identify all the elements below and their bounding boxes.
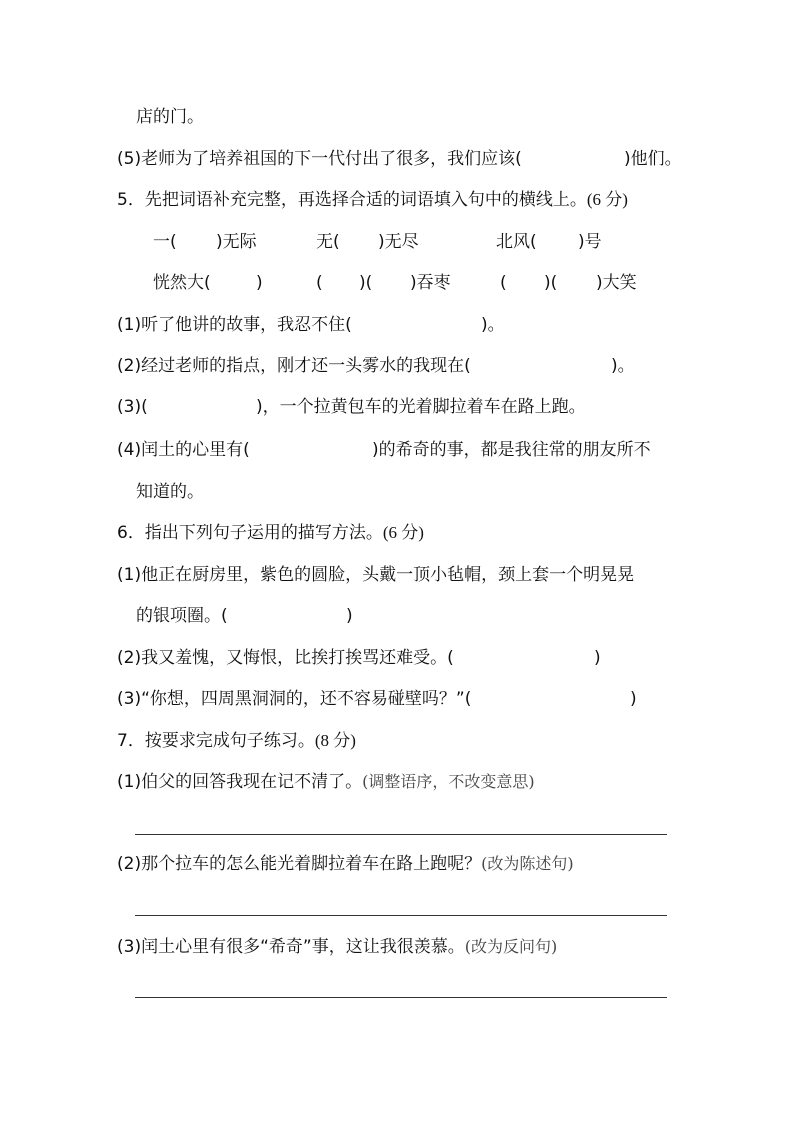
word-2-b: )无尽 [378,231,419,253]
q7-title-text: 7．按要求完成句子练习。 [117,731,315,751]
q6-item1-suffix: ) [346,605,353,627]
q4-item5-suffix: )他们。 [624,148,682,170]
q6-item2-prefix: (2)我又羞愧，又悔恨，比挨打挨骂还难受。( [117,647,454,669]
q5-item1-suffix: )。 [481,314,505,336]
q6-title: 6．指出下列句子运用的描写方法。(6 分) [117,522,424,544]
q6-score: (6 分) [383,523,424,542]
word-6-a: ( [500,272,507,294]
q7-item3-text: (3)闰土心里有很多“希奇”事，这让我很羡慕。 [117,937,465,957]
q7-item1-answer-line[interactable] [135,834,667,835]
q7-title: 7．按要求完成句子练习。(8 分) [117,730,356,752]
q6-item3-prefix: (3)“你想，四周黑洞洞的，还不容易碰壁吗？”( [117,688,471,710]
word-4-b: ) [256,272,263,294]
q7-item1: (1)伯父的回答我现在记不清了。(调整语序，不改变意思) [117,771,535,793]
q5-title-text: 5．先把词语补充完整，再选择合适的词语填入句中的横线上。 [117,190,587,210]
word-1-a: 一( [153,231,177,253]
q4-item5-blank[interactable] [555,148,623,170]
word-6-b: )大笑 [596,272,637,294]
word-2-a: 无( [316,231,340,253]
q6-item1-prefix: 的银项圈。( [136,605,228,627]
continuation-text: 店的门。 [136,106,204,128]
q5-score: (6 分) [587,190,628,209]
word-3-b: )号 [578,231,602,253]
q5-item2-prefix: (2)经过老师的指点，刚才还一头雾水的我现在( [117,355,471,377]
q5-item3-suffix: )，一个拉黄包车的光着脚拉着车在路上跑。 [256,396,586,418]
q5-item4-cont: 知道的。 [136,481,204,503]
word-4-a: 恍然大( [153,272,211,294]
word-5-a: ( [316,272,323,294]
q7-item3-answer-line[interactable] [135,997,667,998]
q5-item2-suffix: )。 [611,355,635,377]
q7-item1-text: (1)伯父的回答我现在记不清了。 [117,772,362,792]
q5-item4-prefix: (4)闰土的心里有( [117,439,250,461]
q7-item1-hint: (调整语序，不改变意思) [362,772,535,791]
word-1-b: )无际 [216,231,257,253]
q6-item3-suffix: ) [630,688,637,710]
word-6-m: )( [544,272,557,294]
q7-item2-answer-line[interactable] [135,915,667,916]
q7-score: (8 分) [315,731,356,750]
q5-item4-suffix: )的希奇的事，都是我往常的朋友所不 [372,439,651,461]
word-3-a: 北风( [496,231,537,253]
q6-item1-line1: (1)他正在厨房里，紫色的圆脸，头戴一顶小毡帽，颈上套一个明晃晃 [117,564,634,586]
q5-item3-prefix: (3)( [117,396,148,418]
q7-item2-hint: (改为陈述句) [481,854,574,873]
q4-item5-prefix: (5)老师为了培养祖国的下一代付出了很多，我们应该( [117,148,522,170]
q7-item2-text: (2)那个拉车的怎么能光着脚拉着车在路上跑呢？ [117,854,481,874]
q7-item2: (2)那个拉车的怎么能光着脚拉着车在路上跑呢？(改为陈述句) [117,853,574,875]
q7-item3: (3)闰土心里有很多“希奇”事，这让我很羡慕。(改为反问句) [117,936,557,958]
word-5-b: )吞枣 [410,272,451,294]
q5-title: 5．先把词语补充完整，再选择合适的词语填入句中的横线上。(6 分) [117,189,628,211]
q6-item2-suffix: ) [594,647,601,669]
q7-item3-hint: (改为反问句) [465,937,558,956]
q5-item1-prefix: (1)听了他讲的故事，我忍不住( [117,314,352,336]
word-5-m: )( [359,272,372,294]
q6-title-text: 6．指出下列句子运用的描写方法。 [117,523,383,543]
